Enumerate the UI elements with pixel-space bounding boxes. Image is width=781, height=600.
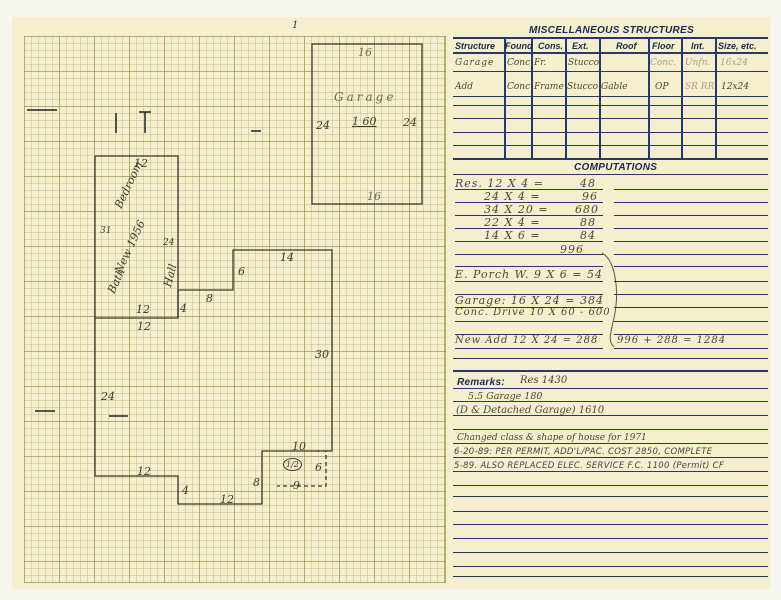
remark-line-7: 5-89. ALSO REPLACED ELEC. SERVICE F.C. 1…	[454, 461, 724, 471]
remark-line-1: Res 1430	[520, 375, 567, 386]
remark-line-6: 6-20-89: PER PERMIT, ADD'L/PAC. COST 285…	[454, 447, 712, 457]
computation-bracket	[0, 0, 781, 600]
remarks-label: Remarks:	[457, 377, 505, 388]
remark-line-5: Changed class & shape of house for 1971	[457, 433, 647, 443]
